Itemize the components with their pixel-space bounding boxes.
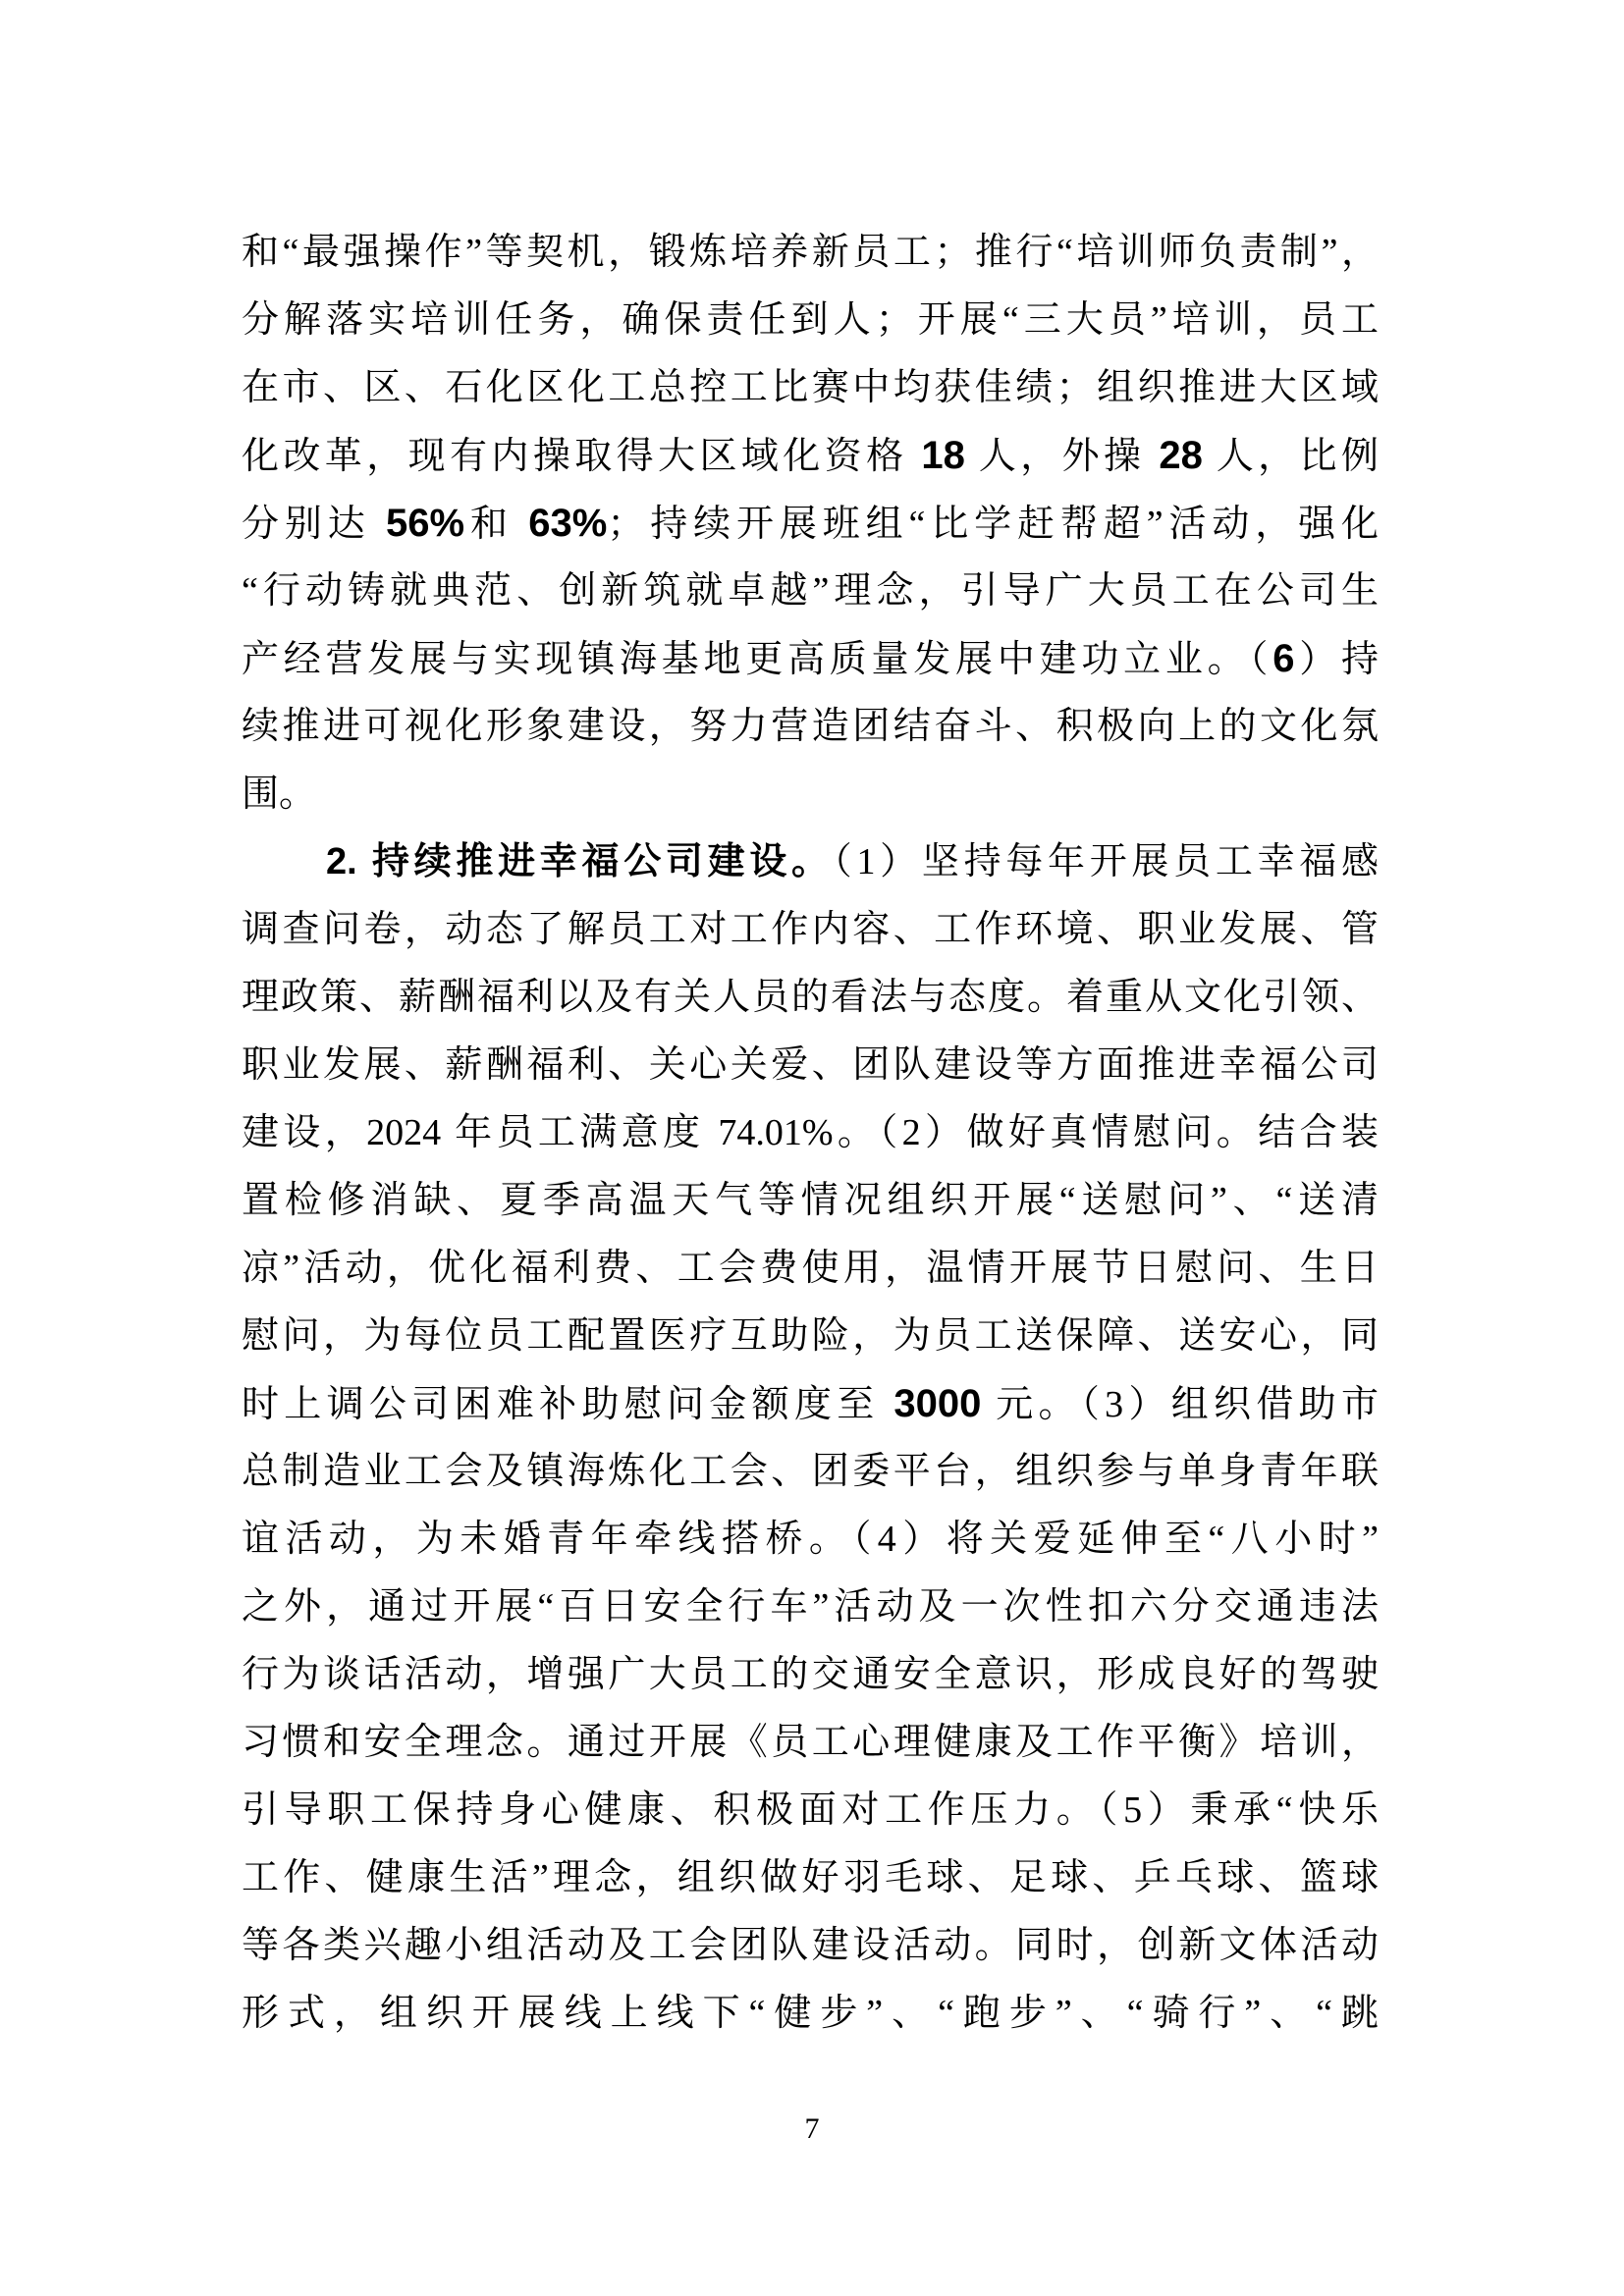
text-segment: 习惯和安全理念。通过开展《员工心理健康及工作平衡》培训，	[242, 1722, 1379, 1763]
text-segment: 分别达	[242, 504, 386, 545]
statistic-number: 6	[1272, 637, 1294, 680]
text-segment: ）持	[1294, 639, 1379, 680]
text-segment: 置检修消缺、夏季高温天气等情况组织开展“送慰问”、“送清	[242, 1180, 1379, 1221]
text-segment: 和“最强操作”等契机，锻炼培养新员工；推行“培训师负责制”，	[242, 232, 1379, 273]
text-segment: 谊活动，为未婚青年牵线搭桥。（4）将关爱延伸至“八小时”	[242, 1519, 1379, 1560]
statistic-number: 63%	[528, 502, 607, 545]
text-segment: 产经营发展与实现镇海基地更高质量发展中建功立业。（	[242, 639, 1272, 680]
text-segment: 形式，组织开展线上线下“健步”、“跑步”、“骑行”、“跳	[242, 1993, 1379, 2034]
text-segment: 化改革，现有内操取得大区域化资格	[242, 436, 921, 477]
text-segment: 慰问，为每位员工配置医疗互助险，为员工送保障、送安心，同	[242, 1315, 1379, 1357]
page-number: 7	[805, 2112, 820, 2145]
text-segment: 工作、健康生活”理念，组织做好羽毛球、足球、乒乓球、篮球	[242, 1857, 1379, 1898]
text-segment: 元。（3）组织借助市	[981, 1384, 1379, 1425]
text-line: 分解落实培训任务，确保责任到人；开展“三大员”培训，员工	[242, 287, 1379, 354]
text-segment: 调查问卷，动态了解员工对工作内容、工作环境、职业发展、管	[242, 909, 1379, 950]
text-line: 工作、健康生活”理念，组织做好羽毛球、足球、乒乓球、篮球	[242, 1844, 1379, 1912]
document-page: 和“最强操作”等契机，锻炼培养新员工；推行“培训师负责制”，分解落实培训任务，确…	[0, 0, 1624, 2296]
paragraph-heading: 2. 持续推进幸福公司建设。	[326, 841, 834, 882]
text-line: 谊活动，为未婚青年牵线搭桥。（4）将关爱延伸至“八小时”	[242, 1506, 1379, 1574]
text-segment: 和	[464, 504, 528, 545]
text-segment: 职业发展、薪酬福利、关心关爱、团队建设等方面推进幸福公司	[242, 1044, 1379, 1086]
text-line: 调查问卷，动态了解员工对工作内容、工作环境、职业发展、管	[242, 896, 1379, 964]
statistic-number: 18	[921, 434, 965, 477]
text-segment: ；持续开展班组“比学赶帮超”活动，强化	[607, 504, 1379, 545]
text-segment: 时上调公司困难补助慰问金额度至	[242, 1384, 893, 1425]
text-segment: 理政策、薪酬福利以及有关人员的看法与态度。着重从文化引领、	[242, 977, 1379, 1018]
page-footer: 7	[0, 2112, 1624, 2146]
text-line: 等各类兴趣小组活动及工会团队建设活动。同时，创新文体活动	[242, 1912, 1379, 1980]
text-segment: 分解落实培训任务，确保责任到人；开展“三大员”培训，员工	[242, 299, 1379, 341]
text-segment: “行动铸就典范、创新筑就卓越”理念，引导广大员工在公司生	[242, 570, 1379, 612]
text-line: 理政策、薪酬福利以及有关人员的看法与态度。着重从文化引领、	[242, 964, 1379, 1032]
text-line: 2. 持续推进幸福公司建设。（1）坚持每年开展员工幸福感	[242, 828, 1379, 896]
text-line: 产经营发展与实现镇海基地更高质量发展中建功立业。（6）持	[242, 625, 1379, 693]
text-line: 习惯和安全理念。通过开展《员工心理健康及工作平衡》培训，	[242, 1709, 1379, 1777]
text-line: 时上调公司困难补助慰问金额度至 3000 元。（3）组织借助市	[242, 1370, 1379, 1438]
text-line: 建设，2024 年员工满意度 74.01%。（2）做好真情慰问。结合装	[242, 1099, 1379, 1167]
text-block: 和“最强操作”等契机，锻炼培养新员工；推行“培训师负责制”，分解落实培训任务，确…	[242, 219, 1379, 2048]
text-line: 置检修消缺、夏季高温天气等情况组织开展“送慰问”、“送清	[242, 1167, 1379, 1235]
text-line: 凉”活动，优化福利费、工会费使用，温情开展节日慰问、生日	[242, 1235, 1379, 1303]
text-segment: 在市、区、石化区化工总控工比赛中均获佳绩；组织推进大区域	[242, 367, 1379, 408]
text-segment: 凉”活动，优化福利费、工会费使用，温情开展节日慰问、生日	[242, 1248, 1379, 1289]
text-line: 总制造业工会及镇海炼化工会、团委平台，组织参与单身青年联	[242, 1438, 1379, 1506]
statistic-number: 3000	[893, 1382, 981, 1425]
text-segment: 行为谈话活动，增强广大员工的交通安全意识，形成良好的驾驶	[242, 1654, 1379, 1695]
text-segment: 人，外操	[965, 436, 1159, 477]
text-line: 之外，通过开展“百日安全行车”活动及一次性扣六分交通违法	[242, 1574, 1379, 1641]
text-line: 续推进可视化形象建设，努力营造团结奋斗、积极向上的文化氛	[242, 693, 1379, 761]
text-segment: 续推进可视化形象建设，努力营造团结奋斗、积极向上的文化氛	[242, 706, 1379, 747]
text-line: 在市、区、石化区化工总控工比赛中均获佳绩；组织推进大区域	[242, 354, 1379, 422]
statistic-number: 56%	[386, 502, 464, 545]
text-line: “行动铸就典范、创新筑就卓越”理念，引导广大员工在公司生	[242, 558, 1379, 625]
text-segment: 人，比例	[1203, 436, 1379, 477]
text-line: 引导职工保持身心健康、积极面对工作压力。（5）秉承“快乐	[242, 1777, 1379, 1844]
text-segment: 围。	[242, 774, 316, 815]
text-line: 行为谈话活动，增强广大员工的交通安全意识，形成良好的驾驶	[242, 1641, 1379, 1709]
text-segment: 等各类兴趣小组活动及工会团队建设活动。同时，创新文体活动	[242, 1925, 1379, 1966]
text-segment: 引导职工保持身心健康、积极面对工作压力。（5）秉承“快乐	[242, 1789, 1379, 1831]
text-line: 化改革，现有内操取得大区域化资格 18 人，外操 28 人，比例	[242, 422, 1379, 490]
statistic-number: 28	[1159, 434, 1203, 477]
text-line: 围。	[242, 761, 1379, 828]
text-line: 和“最强操作”等契机，锻炼培养新员工；推行“培训师负责制”，	[242, 219, 1379, 287]
text-segment: 总制造业工会及镇海炼化工会、团委平台，组织参与单身青年联	[242, 1451, 1379, 1492]
text-line: 慰问，为每位员工配置医疗互助险，为员工送保障、送安心，同	[242, 1303, 1379, 1370]
text-line: 职业发展、薪酬福利、关心关爱、团队建设等方面推进幸福公司	[242, 1032, 1379, 1099]
text-line: 分别达 56%和 63%；持续开展班组“比学赶帮超”活动，强化	[242, 490, 1379, 558]
text-segment: 建设，2024 年员工满意度 74.01%。（2）做好真情慰问。结合装	[242, 1112, 1379, 1153]
text-segment: 之外，通过开展“百日安全行车”活动及一次性扣六分交通违法	[242, 1586, 1379, 1628]
text-segment: （1）坚持每年开展员工幸福感	[834, 841, 1379, 882]
text-line: 形式，组织开展线上线下“健步”、“跑步”、“骑行”、“跳	[242, 1980, 1379, 2048]
